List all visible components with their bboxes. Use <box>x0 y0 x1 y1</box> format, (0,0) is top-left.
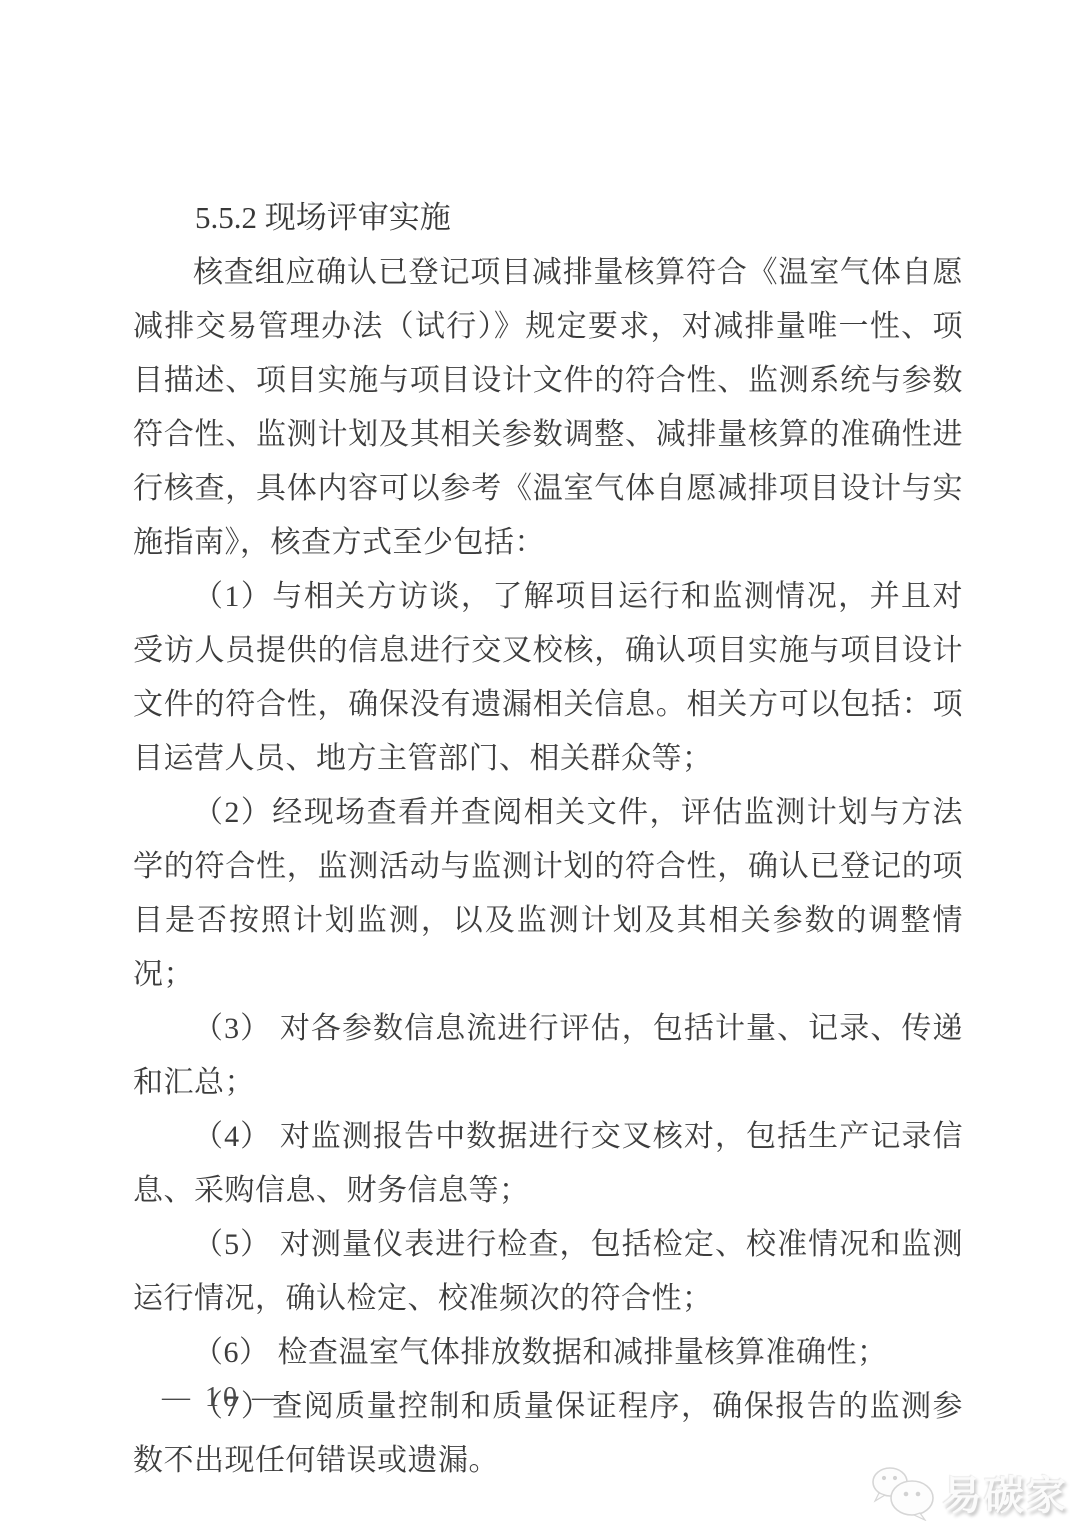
watermark: 易碳家 <box>870 1463 1068 1521</box>
paragraph-block: 核查组应确认已登记项目减排量核算符合《温室气体自愿减排交易管理办法（试行）》规定… <box>133 246 963 1488</box>
wechat-icon <box>870 1463 936 1521</box>
section-heading: 5.5.2 现场评审实施 <box>195 190 963 246</box>
watermark-label: 易碳家 <box>942 1464 1068 1521</box>
paragraph: （4） 对监测报告中数据进行交叉核对，包括生产记录信息、采购信息、财务信息等； <box>133 1110 963 1218</box>
paragraph: （2）经现场查看并查阅相关文件，评估监测计划与方法学的符合性，监测活动与监测计划… <box>133 786 963 1002</box>
paragraph: （1）与相关方访谈，了解项目运行和监测情况，并且对受访人员提供的信息进行交叉校核… <box>133 570 963 786</box>
page-number: — 10 — <box>162 1382 284 1414</box>
paragraph: 核查组应确认已登记项目减排量核算符合《温室气体自愿减排交易管理办法（试行）》规定… <box>133 246 963 570</box>
document-body: 5.5.2 现场评审实施 核查组应确认已登记项目减排量核算符合《温室气体自愿减排… <box>133 190 963 1488</box>
paragraph: （5） 对测量仪表进行检查，包括检定、校准情况和监测运行情况，确认检定、校准频次… <box>133 1218 963 1326</box>
document-page: 5.5.2 现场评审实施 核查组应确认已登记项目减排量核算符合《温室气体自愿减排… <box>0 0 1080 1527</box>
paragraph: （3） 对各参数信息流进行评估，包括计量、记录、传递和汇总； <box>133 1002 963 1110</box>
paragraph: （6） 检查温室气体排放数据和减排量核算准确性； <box>133 1326 963 1380</box>
